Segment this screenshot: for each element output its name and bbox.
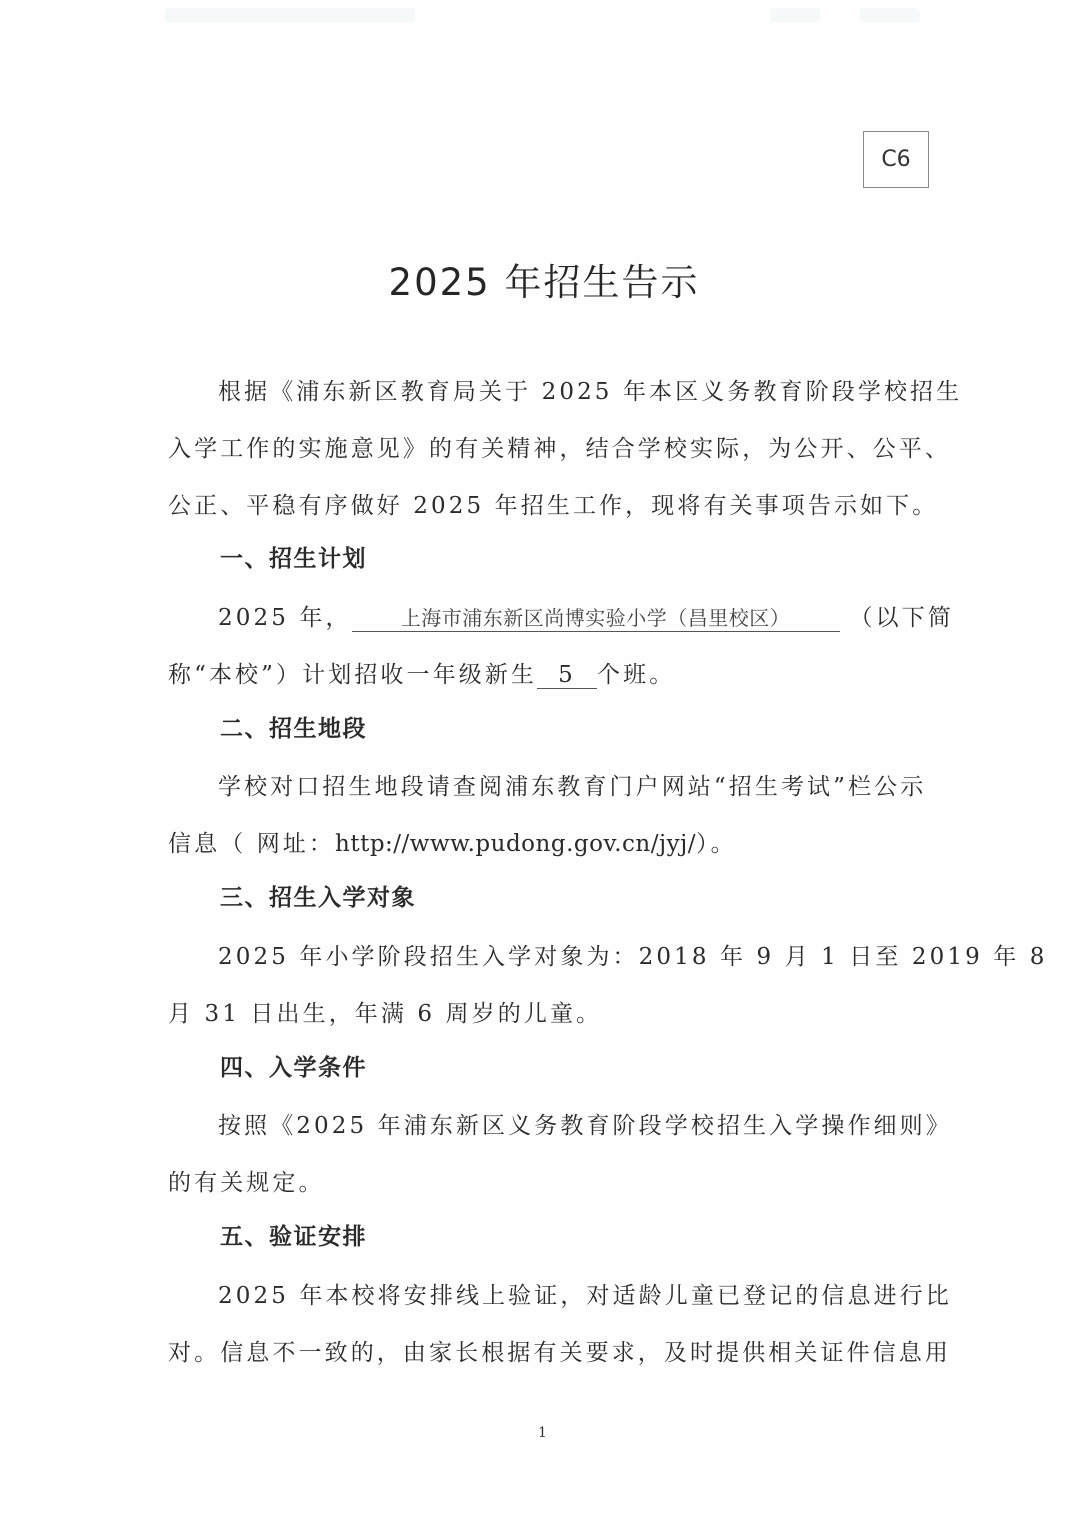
- plan-text: 称“本校”）计划招收一年级新生: [168, 662, 537, 688]
- scan-artifact: [770, 8, 820, 22]
- scan-artifact: [860, 8, 920, 22]
- eligible-children-line-1: 2025 年小学阶段招生入学对象为：2018 年 9 月 1 日至 2019 年…: [218, 941, 978, 973]
- enrollment-plan-line-2: 称“本校”）计划招收一年级新生5个班。: [168, 659, 928, 691]
- intro-line-1: 根据《浦东新区教育局关于 2025 年本区义务教育阶段学校招生: [218, 376, 978, 408]
- website-url-link[interactable]: http://www.pudong.gov.cn/jyj/: [335, 831, 696, 857]
- page-title: 2025 年招生告示: [0, 252, 1080, 306]
- class-count-field: 5: [537, 662, 597, 689]
- section-heading-verification: 五、验证安排: [220, 1221, 367, 1253]
- document-code: C6: [881, 147, 910, 172]
- year-prefix: 2025 年，: [218, 605, 352, 631]
- section-heading-admission-conditions: 四、入学条件: [220, 1052, 367, 1084]
- admission-conditions-line-1: 按照《2025 年浦东新区义务教育阶段学校招生入学操作细则》: [218, 1110, 978, 1142]
- enrollment-zone-line-2: 信息（ 网址：http://www.pudong.gov.cn/jyj/）。: [168, 828, 928, 860]
- school-name-field: 上海市浦东新区尚博实验小学（昌里校区）: [352, 605, 840, 632]
- section-heading-eligible-children: 三、招生入学对象: [220, 882, 416, 914]
- intro-line-3: 公正、平稳有序做好 2025 年招生工作，现将有关事项告示如下。: [168, 490, 928, 522]
- admission-conditions-line-2: 的有关规定。: [168, 1167, 928, 1199]
- document-page: C6 2025 年招生告示 根据《浦东新区教育局关于 2025 年本区义务教育阶…: [0, 0, 1080, 1527]
- intro-line-2: 入学工作的实施意见》的有关精神，结合学校实际，为公开、公平、: [168, 433, 928, 465]
- page-number: 1: [538, 1425, 547, 1441]
- document-code-box: C6: [863, 131, 929, 188]
- verification-line-1: 2025 年本校将安排线上验证，对适龄儿童已登记的信息进行比: [218, 1280, 978, 1312]
- scan-artifact: [165, 8, 415, 22]
- section-heading-enrollment-zone: 二、招生地段: [220, 713, 367, 745]
- abbreviation-note: （以下简: [850, 605, 954, 631]
- url-prefix: 信息（ 网址：: [168, 831, 335, 857]
- verification-line-2: 对。信息不一致的，由家长根据有关要求，及时提供相关证件信息用: [168, 1337, 928, 1369]
- class-unit: 个班。: [597, 662, 675, 688]
- enrollment-plan-line-1: 2025 年，上海市浦东新区尚博实验小学（昌里校区）（以下简: [218, 602, 978, 634]
- eligible-children-line-2: 月 31 日出生，年满 6 周岁的儿童。: [168, 998, 928, 1030]
- url-suffix: ）。: [696, 831, 737, 857]
- section-heading-enrollment-plan: 一、招生计划: [220, 543, 367, 575]
- enrollment-zone-line-1: 学校对口招生地段请查阅浦东教育门户网站“招生考试”栏公示: [218, 771, 978, 803]
